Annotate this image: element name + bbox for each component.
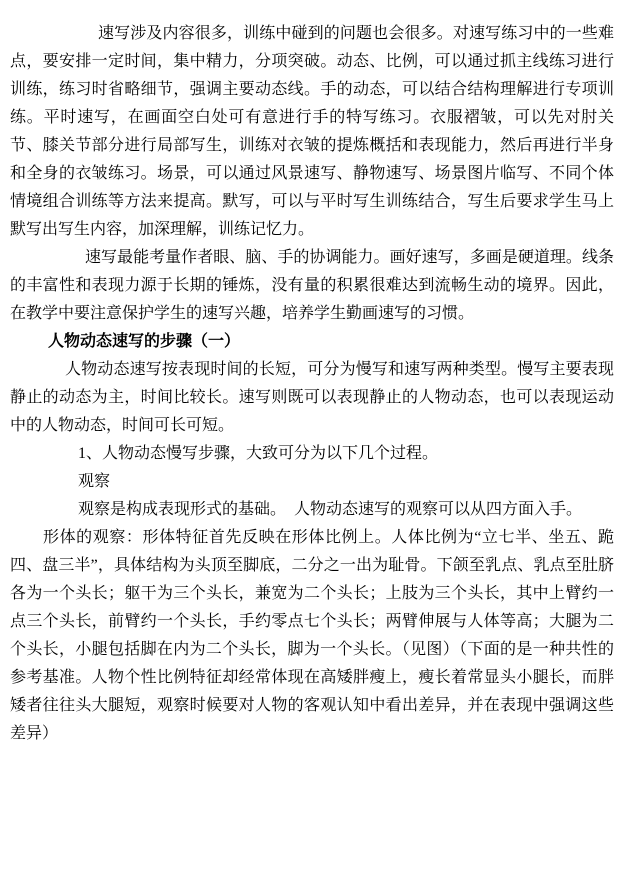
paragraph-observation-basis: 观察是构成表现形式的基础。 人物动态速写的观察可以从四方面入手。 xyxy=(10,496,614,524)
paragraph-slow-vs-quick-sketch: 人物动态速写按表现时间的长短，可分为慢写和速写两种类型。慢写主要表现静止的动态为… xyxy=(10,356,614,440)
document-page: 速写涉及内容很多，训练中碰到的问题也会很多。对速写练习中的一些难点，要安排一定时… xyxy=(0,0,622,876)
paragraph-sketch-training-difficulties: 速写涉及内容很多，训练中碰到的问题也会很多。对速写练习中的一些难点，要安排一定时… xyxy=(10,20,614,244)
paragraph-observation-label: 观察 xyxy=(10,468,614,496)
paragraph-coordination-and-practice: 速写最能考量作者眼、脑、手的协调能力。画好速写，多画是硬道理。线条的丰富性和表现… xyxy=(10,244,614,328)
section-heading-figure-sketch-steps: 人物动态速写的步骤（一） xyxy=(10,328,614,356)
paragraph-slow-sketch-process-intro: 1、人物动态慢写步骤，大致可分为以下几个过程。 xyxy=(10,440,614,468)
paragraph-body-proportion-observation: 形体的观察：形体特征首先反映在形体比例上。人体比例为“立七半、坐五、跪四、盘三半… xyxy=(10,524,614,748)
